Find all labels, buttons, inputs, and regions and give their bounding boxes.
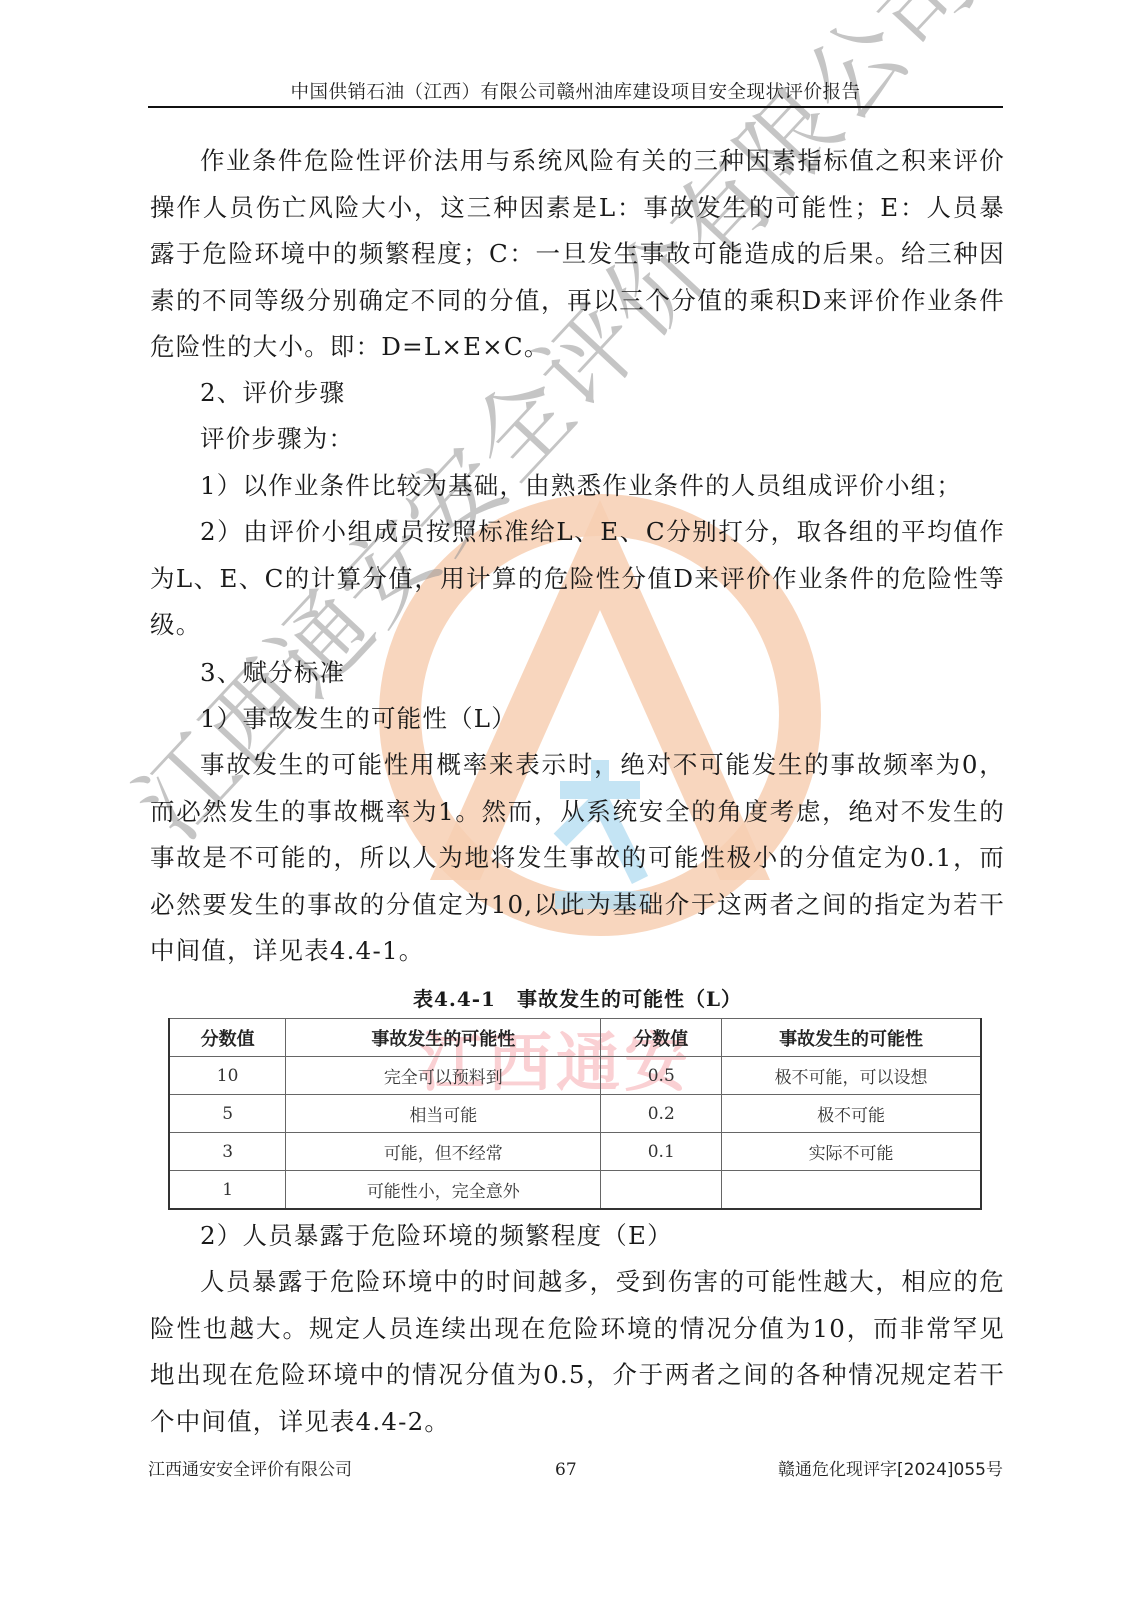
table-cell: 极不可能，可以设想 bbox=[722, 1057, 981, 1095]
likelihood-score-table: 分数值 事故发生的可能性 分数值 事故发生的可能性 10 完全可以预料到 0.5… bbox=[168, 1018, 982, 1210]
table-header-cell: 分数值 bbox=[601, 1019, 722, 1057]
subsection-heading-E: 2）人员暴露于危险环境的频繁程度（E） bbox=[150, 1213, 1005, 1260]
table-row: 3 可能，但不经常 0.1 实际不可能 bbox=[169, 1133, 981, 1171]
table-header-cell: 分数值 bbox=[169, 1019, 286, 1057]
paragraph-steps-label: 评价步骤为： bbox=[150, 416, 1005, 463]
table-cell: 1 bbox=[169, 1171, 286, 1210]
table-cell: 极不可能 bbox=[722, 1095, 981, 1133]
table-caption: 表4.4-1 事故发生的可能性（L） bbox=[150, 983, 1005, 1012]
subsection-heading-L: 1）事故发生的可能性（L） bbox=[150, 696, 1005, 743]
section-heading-scoring: 3、赋分标准 bbox=[150, 650, 1005, 697]
document-page: 江西通安安全评价有限公司 江西通安 中国供销石油（江西）有限公司赣州油库建设项目… bbox=[0, 0, 1131, 1600]
table-cell: 可能，但不经常 bbox=[286, 1133, 601, 1171]
table-cell: 0.2 bbox=[601, 1095, 722, 1133]
table-row: 1 可能性小，完全意外 bbox=[169, 1171, 981, 1210]
table-header-row: 分数值 事故发生的可能性 分数值 事故发生的可能性 bbox=[169, 1019, 981, 1057]
page-header-title: 中国供销石油（江西）有限公司赣州油库建设项目安全现状评价报告 bbox=[148, 78, 1003, 104]
table-cell bbox=[722, 1171, 981, 1210]
paragraph-E-description: 人员暴露于危险环境中的时间越多，受到伤害的可能性越大，相应的危险性也越大。规定人… bbox=[150, 1259, 1005, 1445]
page-number: 67 bbox=[555, 1460, 577, 1480]
table-cell: 0.5 bbox=[601, 1057, 722, 1095]
table-cell: 可能性小，完全意外 bbox=[286, 1171, 601, 1210]
table-header-cell: 事故发生的可能性 bbox=[286, 1019, 601, 1057]
table-cell: 10 bbox=[169, 1057, 286, 1095]
table-cell: 0.1 bbox=[601, 1133, 722, 1171]
footer-document-number: 赣通危化现评字[2024]055号 bbox=[778, 1455, 1003, 1480]
table-row: 5 相当可能 0.2 极不可能 bbox=[169, 1095, 981, 1133]
footer-company: 江西通安安全评价有限公司 bbox=[148, 1455, 352, 1480]
section-heading-steps: 2、评价步骤 bbox=[150, 370, 1005, 417]
table-cell bbox=[601, 1171, 722, 1210]
paragraph-intro: 作业条件危险性评价法用与系统风险有关的三种因素指标值之积来评价操作人员伤亡风险大… bbox=[150, 138, 1005, 371]
table-cell: 完全可以预料到 bbox=[286, 1057, 601, 1095]
list-item-step-1: 1）以作业条件比较为基础，由熟悉作业条件的人员组成评价小组； bbox=[150, 463, 1005, 510]
table-header-cell: 事故发生的可能性 bbox=[722, 1019, 981, 1057]
table-cell: 5 bbox=[169, 1095, 286, 1133]
list-item-step-2: 2）由评价小组成员按照标准给L、E、C分别打分，取各组的平均值作为L、E、C的计… bbox=[150, 509, 1005, 649]
table-row: 10 完全可以预料到 0.5 极不可能，可以设想 bbox=[169, 1057, 981, 1095]
header-divider bbox=[148, 106, 1003, 108]
table-cell: 3 bbox=[169, 1133, 286, 1171]
table-cell: 实际不可能 bbox=[722, 1133, 981, 1171]
paragraph-L-description: 事故发生的可能性用概率来表示时，绝对不可能发生的事故频率为0，而必然发生的事故概… bbox=[150, 742, 1005, 975]
table-cell: 相当可能 bbox=[286, 1095, 601, 1133]
